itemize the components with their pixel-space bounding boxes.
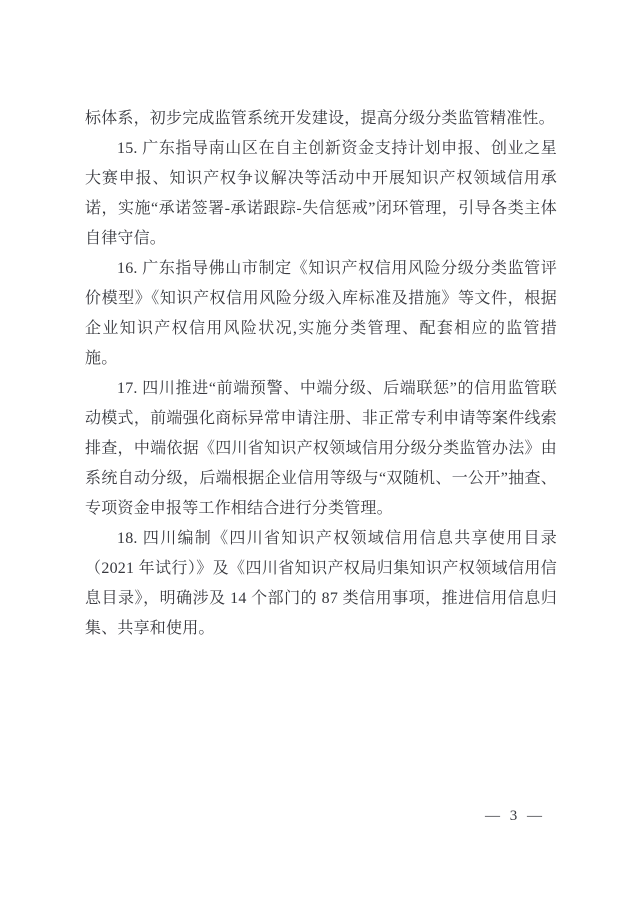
paragraph-item-17: 17. 四川推进“前端预警、中端分级、后端联惩”的信用监管联动模式，前端强化商标…: [85, 374, 557, 524]
document-page: 标体系，初步完成监管系统开发建设，提高分级分类监管精准性。 15. 广东指导南山…: [0, 0, 636, 900]
page-number: — 3 —: [485, 806, 545, 826]
document-body: 标体系，初步完成监管系统开发建设，提高分级分类监管精准性。 15. 广东指导南山…: [85, 104, 557, 644]
paragraph-continuation: 标体系，初步完成监管系统开发建设，提高分级分类监管精准性。: [85, 104, 557, 134]
paragraph-item-18: 18. 四川编制《四川省知识产权领域信用信息共享使用目录（2021 年试行）》及…: [85, 524, 557, 644]
paragraph-item-15: 15. 广东指导南山区在自主创新资金支持计划申报、创业之星大赛申报、知识产权争议…: [85, 134, 557, 254]
paragraph-item-16: 16. 广东指导佛山市制定《知识产权信用风险分级分类监管评价模型》《知识产权信用…: [85, 254, 557, 374]
